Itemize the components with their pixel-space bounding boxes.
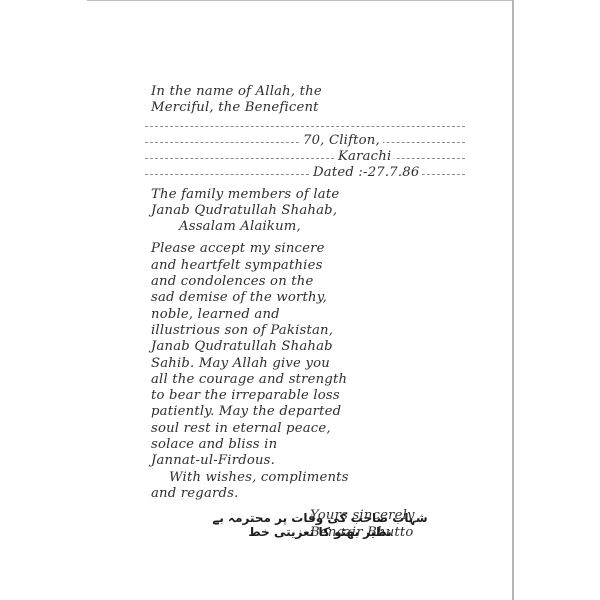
body-line: Jannat-ul-Firdous. — [145, 453, 465, 469]
address-city: Karachi — [335, 149, 394, 165]
date-block: Dated :-27.7.86 — [310, 165, 422, 181]
header-line-1: In the name of Allah, the — [145, 84, 465, 100]
handwritten-letter: In the name of Allah, the Merciful, the … — [145, 84, 465, 541]
greeting: Assalam Alaikum, — [145, 219, 465, 235]
address-ruled-line-1 — [145, 117, 465, 133]
address-street-line: 70, Clifton, — [145, 133, 465, 149]
closing-line-2: and regards. — [145, 486, 465, 502]
closing-line-1: With wishes, compliments — [145, 470, 465, 486]
body-line: sad demise of the worthy, — [145, 290, 465, 306]
body-line: to bear the irreparable loss — [145, 388, 465, 404]
body-line: Janab Qudratullah Shahab — [145, 339, 465, 355]
recipient-line-1: The family members of late — [145, 187, 465, 203]
body-line: Please accept my sincere — [145, 241, 465, 257]
body-line: all the courage and strength — [145, 372, 465, 388]
address-street: 70, Clifton, — [300, 133, 383, 149]
body-line: and heartfelt sympathies — [145, 258, 465, 274]
urdu-caption: شہاب صاحب کی وفات پر محترمہ بے نظیر بھٹو… — [200, 511, 440, 539]
body-line: and condolences on the — [145, 274, 465, 290]
recipient-line-2: Janab Qudratullah Shahab, — [145, 203, 465, 219]
body-line: noble, learned and — [145, 307, 465, 323]
body-line: Sahib. May Allah give you — [145, 356, 465, 372]
body-line: soul rest in eternal peace, — [145, 421, 465, 437]
address-date-line: Dated :-27.7.86 — [145, 165, 465, 181]
address-city-line: Karachi — [145, 149, 465, 165]
body-line: illustrious son of Pakistan, — [145, 323, 465, 339]
body-line: patiently. May the departed — [145, 404, 465, 420]
header-line-2: Merciful, the Beneficent — [145, 100, 465, 116]
date-value: 27.7.86 — [368, 165, 420, 180]
body-line: solace and bliss in — [145, 437, 465, 453]
date-label: Dated :- — [313, 165, 368, 180]
